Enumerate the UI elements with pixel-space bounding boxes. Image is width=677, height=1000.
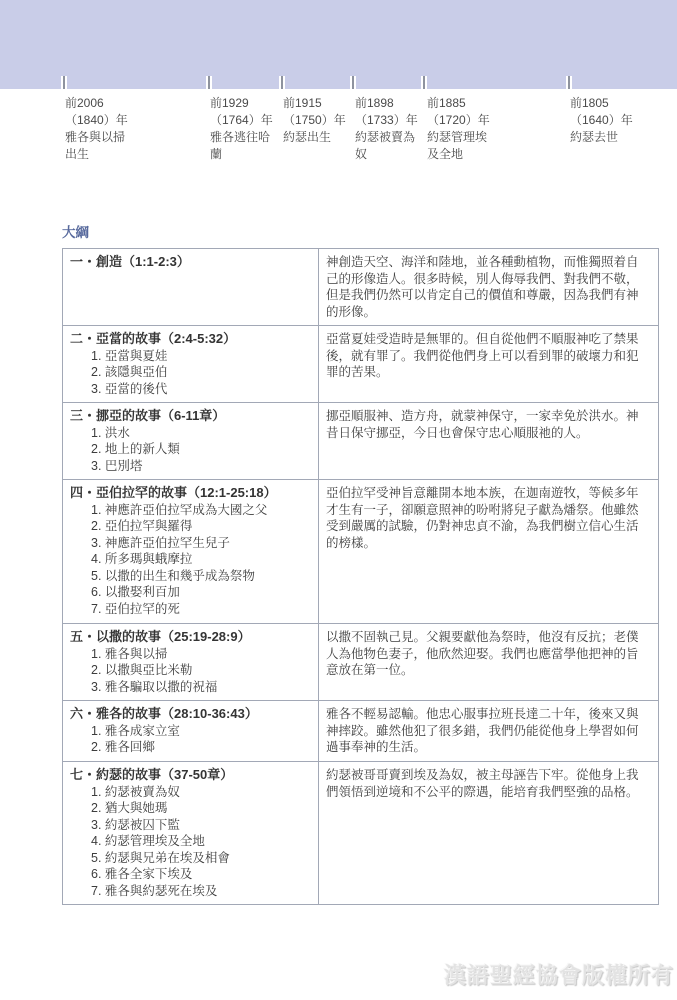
copyright-watermark: 漢語聖經協會版權所有 xyxy=(444,959,674,990)
timeline-tick xyxy=(206,76,212,89)
outline-row: 六・雅各的故事（28:10-36:43）1. 雅各成家立室2. 雅各回鄉雅各不輕… xyxy=(63,701,659,762)
outline-subitem: 1. 約瑟被賣為奴 xyxy=(91,784,310,801)
outline-subitem: 1. 神應許亞伯拉罕成為大國之父 xyxy=(91,502,310,519)
outline-summary-cell: 挪亞順服神、造方舟，就蒙神保守，一家幸免於洪水。神昔日保守挪亞，今日也會保守忠心… xyxy=(319,403,659,480)
timeline-event: 約瑟管理埃及全地 xyxy=(427,130,487,161)
outline-row: 一・創造（1:1-2:3）神創造天空、海洋和陸地，並各種動植物，而惟獨照着自己的… xyxy=(63,249,659,326)
outline-subitem: 6. 以撒娶利百加 xyxy=(91,584,310,601)
outline-subitem: 3. 雅各騙取以撒的祝福 xyxy=(91,679,310,696)
outline-summary-cell: 亞當夏娃受造時是無罪的。但自從他們不順服神吃了禁果後，就有罪了。我們從他們身上可… xyxy=(319,326,659,403)
outline-subitem: 2. 以撒與亞比米勒 xyxy=(91,662,310,679)
outline-left-cell: 一・創造（1:1-2:3） xyxy=(63,249,319,326)
section-subitems: 1. 神應許亞伯拉罕成為大國之父2. 亞伯拉罕與羅得3. 神應許亞伯拉罕生兒子4… xyxy=(70,502,310,618)
document-page: 前2006 （1840）年 雅各與以掃出生 前1929 （1764）年 雅各逃往… xyxy=(0,0,677,1000)
timeline-year: 前1929 xyxy=(210,95,278,112)
outline-subitem: 2. 亞伯拉罕與羅得 xyxy=(91,518,310,535)
section-title: 一・創造（1:1-2:3） xyxy=(70,254,310,271)
outline-left-cell: 六・雅各的故事（28:10-36:43）1. 雅各成家立室2. 雅各回鄉 xyxy=(63,701,319,762)
timeline-year: 前1915 xyxy=(283,95,351,112)
timeline-year: 前1885 xyxy=(427,95,495,112)
timeline-alt-year: （1840）年 xyxy=(65,112,133,129)
outline-subitem: 2. 雅各回鄉 xyxy=(91,739,310,756)
outline-left-cell: 三・挪亞的故事（6-11章）1. 洪水2. 地上的新人類3. 巴別塔 xyxy=(63,403,319,480)
timeline-year: 前1898 xyxy=(355,95,423,112)
timeline-year: 前1805 xyxy=(570,95,638,112)
timeline-entry: 前1885 （1720）年 約瑟管理埃及全地 xyxy=(427,95,495,163)
timeline-entry: 前1929 （1764）年 雅各逃往哈蘭 xyxy=(210,95,278,163)
section-title: 二・亞當的故事（2:4-5:32） xyxy=(70,331,310,348)
timeline-year: 前2006 xyxy=(65,95,133,112)
outline-subitem: 2. 猶大與她瑪 xyxy=(91,800,310,817)
outline-subitem: 3. 神應許亞伯拉罕生兒子 xyxy=(91,535,310,552)
timeline-entry: 前1805 （1640）年 約瑟去世 xyxy=(570,95,638,146)
outline-left-cell: 四・亞伯拉罕的故事（12:1-25:18）1. 神應許亞伯拉罕成為大國之父2. … xyxy=(63,480,319,624)
outline-summary-cell: 以撒不固執己見。父親要獻他為祭時，他沒有反抗；老僕人為他物色妻子，他欣然迎娶。我… xyxy=(319,624,659,701)
timeline-tick xyxy=(61,76,67,89)
outline-left-cell: 五・以撒的故事（25:19-28:9）1. 雅各與以掃2. 以撒與亞比米勒3. … xyxy=(63,624,319,701)
section-subitems: 1. 亞當與夏娃2. 該隱與亞伯3. 亞當的後代 xyxy=(70,348,310,398)
timeline-event: 約瑟被賣為奴 xyxy=(355,130,415,161)
outline-summary-cell: 約瑟被哥哥賣到埃及為奴，被主母誣告下牢。從他身上我們領悟到逆境和不公平的際遇，能… xyxy=(319,762,659,905)
section-subitems: 1. 洪水2. 地上的新人類3. 巴別塔 xyxy=(70,425,310,475)
section-title: 四・亞伯拉罕的故事（12:1-25:18） xyxy=(70,485,310,502)
timeline-tick xyxy=(566,76,572,89)
outline-heading: 大綱 xyxy=(62,221,89,241)
timeline-event: 雅各與以掃出生 xyxy=(65,130,125,161)
outline-subitem: 2. 地上的新人類 xyxy=(91,441,310,458)
timeline-alt-year: （1720）年 xyxy=(427,112,495,129)
section-title: 三・挪亞的故事（6-11章） xyxy=(70,408,310,425)
outline-row: 二・亞當的故事（2:4-5:32）1. 亞當與夏娃2. 該隱與亞伯3. 亞當的後… xyxy=(63,326,659,403)
timeline-alt-year: （1733）年 xyxy=(355,112,423,129)
outline-table-body: 一・創造（1:1-2:3）神創造天空、海洋和陸地，並各種動植物，而惟獨照着自己的… xyxy=(63,249,659,905)
outline-subitem: 1. 亞當與夏娃 xyxy=(91,348,310,365)
outline-row: 七・約瑟的故事（37-50章）1. 約瑟被賣為奴2. 猶大與她瑪3. 約瑟被囚下… xyxy=(63,762,659,905)
outline-row: 三・挪亞的故事（6-11章）1. 洪水2. 地上的新人類3. 巴別塔挪亞順服神、… xyxy=(63,403,659,480)
section-title: 五・以撒的故事（25:19-28:9） xyxy=(70,629,310,646)
outline-table: 一・創造（1:1-2:3）神創造天空、海洋和陸地，並各種動植物，而惟獨照着自己的… xyxy=(62,248,659,905)
outline-subitem: 7. 亞伯拉罕的死 xyxy=(91,601,310,618)
section-subitems: 1. 約瑟被賣為奴2. 猶大與她瑪3. 約瑟被囚下監4. 約瑟管理埃及全地5. … xyxy=(70,784,310,900)
outline-summary-cell: 亞伯拉罕受神旨意離開本地本族，在迦南遊牧，等候多年才生有一子，卻願意照神的吩咐將… xyxy=(319,480,659,624)
outline-left-cell: 二・亞當的故事（2:4-5:32）1. 亞當與夏娃2. 該隱與亞伯3. 亞當的後… xyxy=(63,326,319,403)
outline-subitem: 3. 巴別塔 xyxy=(91,458,310,475)
timeline-entry: 前1898 （1733）年 約瑟被賣為奴 xyxy=(355,95,423,163)
timeline-alt-year: （1764）年 xyxy=(210,112,278,129)
outline-left-cell: 七・約瑟的故事（37-50章）1. 約瑟被賣為奴2. 猶大與她瑪3. 約瑟被囚下… xyxy=(63,762,319,905)
outline-subitem: 1. 洪水 xyxy=(91,425,310,442)
timeline-entry: 前1915 （1750）年 約瑟出生 xyxy=(283,95,351,146)
section-title: 六・雅各的故事（28:10-36:43） xyxy=(70,706,310,723)
outline-row: 五・以撒的故事（25:19-28:9）1. 雅各與以掃2. 以撒與亞比米勒3. … xyxy=(63,624,659,701)
section-subitems: 1. 雅各成家立室2. 雅各回鄉 xyxy=(70,723,310,756)
timeline-entry: 前2006 （1840）年 雅各與以掃出生 xyxy=(65,95,133,163)
outline-subitem: 7. 雅各與約瑟死在埃及 xyxy=(91,883,310,900)
outline-row: 四・亞伯拉罕的故事（12:1-25:18）1. 神應許亞伯拉罕成為大國之父2. … xyxy=(63,480,659,624)
timeline-banner xyxy=(0,0,677,89)
outline-subitem: 4. 所多瑪與蛾摩拉 xyxy=(91,551,310,568)
outline-summary-cell: 神創造天空、海洋和陸地，並各種動植物，而惟獨照着自己的形像造人。很多時候，別人侮… xyxy=(319,249,659,326)
outline-subitem: 5. 以撒的出生和幾乎成為祭物 xyxy=(91,568,310,585)
outline-subitem: 6. 雅各全家下埃及 xyxy=(91,866,310,883)
timeline-alt-year: （1640）年 xyxy=(570,112,638,129)
outline-subitem: 3. 約瑟被囚下監 xyxy=(91,817,310,834)
timeline-alt-year: （1750）年 xyxy=(283,112,351,129)
section-subitems: 1. 雅各與以掃2. 以撒與亞比米勒3. 雅各騙取以撒的祝福 xyxy=(70,646,310,696)
outline-subitem: 4. 約瑟管理埃及全地 xyxy=(91,833,310,850)
timeline-tick xyxy=(350,76,356,89)
section-title: 七・約瑟的故事（37-50章） xyxy=(70,767,310,784)
outline-subitem: 1. 雅各成家立室 xyxy=(91,723,310,740)
timeline-event: 約瑟出生 xyxy=(283,130,331,144)
outline-summary-cell: 雅各不輕易認輸。他忠心服事拉班長達二十年，後來又與神摔跤。雖然他犯了很多錯，我們… xyxy=(319,701,659,762)
outline-subitem: 2. 該隱與亞伯 xyxy=(91,364,310,381)
timeline-tick xyxy=(279,76,285,89)
timeline-event: 約瑟去世 xyxy=(570,130,618,144)
outline-subitem: 3. 亞當的後代 xyxy=(91,381,310,398)
outline-subitem: 5. 約瑟與兄弟在埃及相會 xyxy=(91,850,310,867)
timeline-tick xyxy=(421,76,427,89)
timeline-event: 雅各逃往哈蘭 xyxy=(210,130,270,161)
outline-subitem: 1. 雅各與以掃 xyxy=(91,646,310,663)
